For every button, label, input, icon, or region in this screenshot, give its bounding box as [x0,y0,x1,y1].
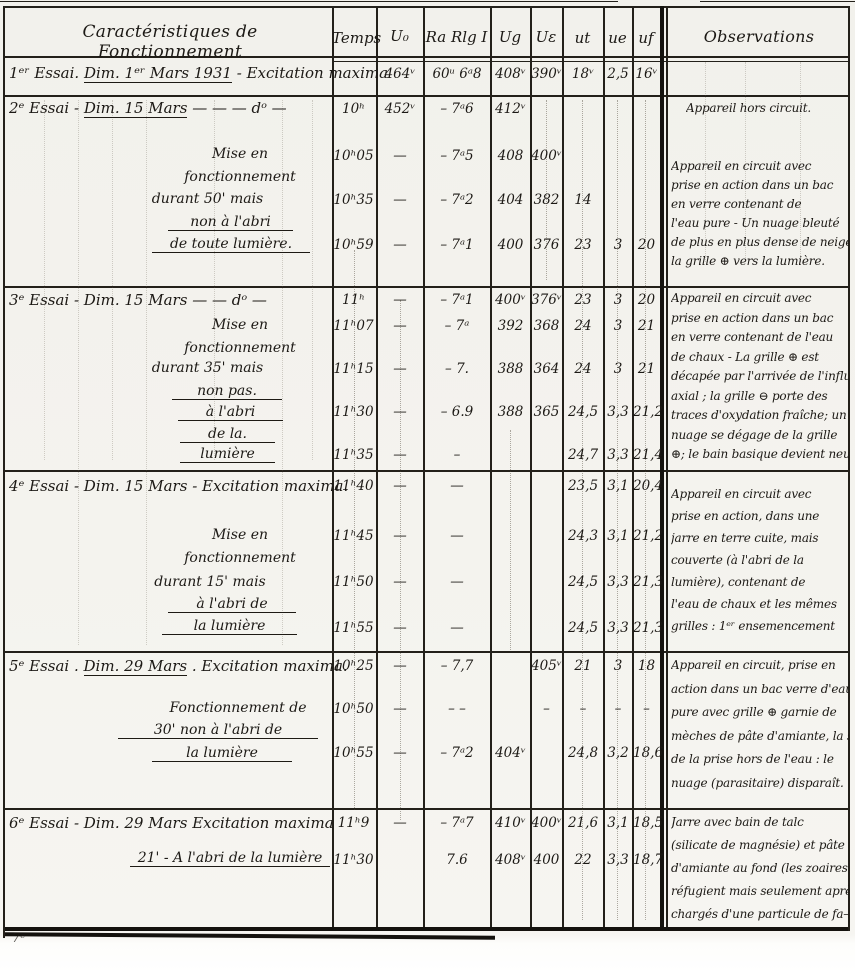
cell-ue2: 3,1 [604,528,632,544]
cell-ut: 14 [563,192,603,208]
cell-u0: — [377,658,423,674]
cell-ut: 24,7 [563,447,603,463]
cell-ra: – 7ᵃ1 [424,237,490,253]
next-row-edge [5,932,495,939]
cell-ug: 388 [491,361,530,377]
cell-ug: 412ᵛ [491,101,530,117]
cell-ue: – [531,701,562,717]
cell-ut: 23,5 [563,478,603,494]
observations-text: Appareil en circuit avec prise en action… [671,157,849,281]
cell-ra: – 7ᵃ [424,318,490,334]
cell-temps: 11ʰ35 [331,447,376,463]
cell-u0: 452ᵛ [377,101,423,117]
ruling-dots [582,100,583,920]
cell-ra: – [424,447,490,463]
cell-ue2: 3 [604,292,632,308]
row-divider-5 [3,808,850,810]
cell-ue2: 3,3 [604,620,632,636]
row-divider-1 [3,95,850,97]
row-divider-3 [3,470,850,472]
cell-ue: 368 [531,318,562,334]
row-divider-2 [3,286,850,288]
cell-ut: 24 [563,361,603,377]
cell-ue: 390ᵛ [531,66,562,82]
cell-u0: — [377,237,423,253]
cell-ug: 408ᵛ [491,66,530,82]
row-divider-4 [3,651,850,653]
cell-uf: 18,6 [633,745,660,761]
cell-uf: 21,4 [633,447,660,463]
cell-ut: 21 [563,658,603,674]
cell-uf: 18,7 [633,852,660,868]
table-top-border [3,6,850,8]
cell-uf: 21,3 [633,620,660,636]
cell-ug: 400 [491,237,530,253]
cell-ut: 23 [563,292,603,308]
cell-ut: 24,5 [563,404,603,420]
cell-ue: 376ᵛ [531,292,562,308]
cell-ue: 365 [531,404,562,420]
header-u0: U₀ [376,27,423,45]
cell-ug: 410ᵛ [491,815,530,831]
cell-u0: — [377,292,423,308]
cell-ra: — [424,574,490,590]
cell-temps: 10ʰ59 [331,237,376,253]
cell-ue: 400 [531,852,562,868]
observations-text: Appareil en circuit avec prise en action… [671,483,849,643]
page-top-edge [0,1,618,2]
cell-ra: – 6.9 [424,404,490,420]
observations-text: Appareil hors circuit. [686,101,855,123]
cell-ut: 23 [563,237,603,253]
cell-ug: 404ᵛ [491,745,530,761]
cell-ut: 18ᵛ [563,66,603,82]
cell-ra: — [424,528,490,544]
cell-ug: 400ᵛ [491,292,530,308]
cell-ut: – [563,701,603,717]
cell-u0: — [377,574,423,590]
cell-temps: 10ʰ55 [331,745,376,761]
data-row: 464ᵛ 60ᵘ 6ᵃ8 408ᵛ 390ᵛ 18ᵛ 2,5 16ᵛ [0,66,855,86]
cell-ra: – 7,7 [424,658,490,674]
cell-temps: 11ʰ45 [331,528,376,544]
cell-u0: — [377,192,423,208]
row-label: 30' non à l'abri de [118,722,318,739]
cell-u0: — [377,620,423,636]
cell-ra: – 7ᵃ6 [424,101,490,117]
cell-ue2: – [604,701,632,717]
header-observations: Observations [670,27,848,46]
cell-uf: 21,3 [633,574,660,590]
page-top-edge-right [700,1,855,2]
cell-temps: 11ʰ9 [331,815,376,831]
cell-temps: 11ʰ07 [331,318,376,334]
header-uf: uf [632,29,660,47]
cell-uf: 16ᵛ [633,66,660,82]
cell-ra: – 7ᵃ2 [424,745,490,761]
cell-ug: 408ᵛ [491,852,530,868]
cell-u0: — [377,148,423,164]
cell-u0: — [377,478,423,494]
cell-temps: 11ʰ40 [331,478,376,494]
header-ut: ut [562,29,603,47]
cell-ue2: 3,3 [604,447,632,463]
partial-next-row-text: 7ᵉ [12,931,25,946]
observations-text: Appareil en circuit avec prise en action… [671,289,849,467]
header-underline-2 [332,61,849,62]
cell-ut: 24,8 [563,745,603,761]
cell-ue2: 3,1 [604,815,632,831]
cell-ut: 24 [563,318,603,334]
cell-ra: – 7ᵃ7 [424,815,490,831]
cell-ra: – 7ᵃ5 [424,148,490,164]
cell-ra: 7.6 [424,852,490,868]
cell-ug: 388 [491,404,530,420]
cell-ut: 24,5 [563,574,603,590]
cell-ut: 24,3 [563,528,603,544]
cell-u0: 464ᵛ [377,66,423,82]
cell-u0: — [377,361,423,377]
row-label: à l'abri de [168,596,296,613]
cell-ue2: 3,3 [604,404,632,420]
cell-temps: 11ʰ [331,292,376,308]
header-ra-rlg-i: Ra Rlg I [423,28,490,46]
row-label: non à l'abri [168,214,293,231]
row-label: non pas. [172,383,282,400]
header-temps: Temps [332,29,376,47]
cell-ra: 60ᵘ 6ᵃ8 [424,66,490,82]
cell-ue2: 3,3 [604,852,632,868]
cell-ue: 364 [531,361,562,377]
row-label: fonctionnement [170,550,310,566]
cell-uf: – [633,701,660,717]
cell-ug: 408 [491,148,530,164]
cell-ra: – 7. [424,361,490,377]
cell-temps: 11ʰ30 [331,404,376,420]
cell-ug: 404 [491,192,530,208]
cell-temps: 10ʰ35 [331,192,376,208]
cell-temps: 10ʰ50 [331,701,376,717]
cell-ut: 24,5 [563,620,603,636]
cell-u0: — [377,447,423,463]
cell-u0: — [377,701,423,717]
cell-uf: 20 [633,237,660,253]
cell-u0: — [377,745,423,761]
ruling-dots [645,100,646,920]
cell-ra: — [424,620,490,636]
cell-uf: 20,4 [633,478,660,494]
scanned-notebook-page: Caractéristiques de Fonctionnement Temps… [0,0,855,973]
cell-ue2: 3 [604,318,632,334]
cell-ue2: 2,5 [604,66,632,82]
cell-ue: 376 [531,237,562,253]
cell-ue: 405ᵛ [531,658,562,674]
cell-temps: 11ʰ50 [331,574,376,590]
cell-ue2: 3 [604,237,632,253]
cell-uf: 20 [633,292,660,308]
cell-ra: – 7ᵃ2 [424,192,490,208]
cell-ug: 392 [491,318,530,334]
cell-temps: 10ʰ05 [331,148,376,164]
cell-uf: 18,5 [633,815,660,831]
cell-ut: 21,6 [563,815,603,831]
header-ue: Uε [530,28,562,46]
cell-uf: 18 [633,658,660,674]
header-caracteristiques: Caractéristiques de Fonctionnement [12,22,328,62]
cell-u0: — [377,404,423,420]
header-ue2: ue [603,29,632,47]
cell-uf: 21,2 [633,528,660,544]
cell-ue2: 3,3 [604,574,632,590]
cell-ut: 22 [563,852,603,868]
row-label: de la. [180,426,275,443]
cell-temps: 11ʰ15 [331,361,376,377]
observations-text: Jarre avec bain de talc (silicate de mag… [671,811,849,929]
cell-ue2: 3,2 [604,745,632,761]
observations-text: Appareil en circuit, prise en action dan… [671,654,849,802]
cell-temps: 11ʰ55 [331,620,376,636]
table-left-border [3,6,5,938]
header-ug: Ug [490,28,530,46]
cell-ue: 382 [531,192,562,208]
cell-u0: — [377,528,423,544]
cell-ra: — [424,478,490,494]
cell-ra: – 7ᵃ1 [424,292,490,308]
cell-ue2: 3 [604,658,632,674]
cell-uf: 21 [633,318,660,334]
cell-uf: 21,2 [633,404,660,420]
cell-temps: 11ʰ30 [331,852,376,868]
cell-uf: 21 [633,361,660,377]
cell-temps: 10ʰ [331,101,376,117]
cell-u0: — [377,815,423,831]
cell-ue: 400ᵛ [531,148,562,164]
cell-temps: 10ʰ25 [331,658,376,674]
cell-ra: – – [424,701,490,717]
cell-ue2: 3,1 [604,478,632,494]
ruling-dots [617,100,618,920]
row-label: fonctionnement [170,169,310,185]
cell-ue: 400ᵛ [531,815,562,831]
cell-u0: — [377,318,423,334]
row-label: fonctionnement [170,340,310,356]
cell-ue2: 3 [604,361,632,377]
